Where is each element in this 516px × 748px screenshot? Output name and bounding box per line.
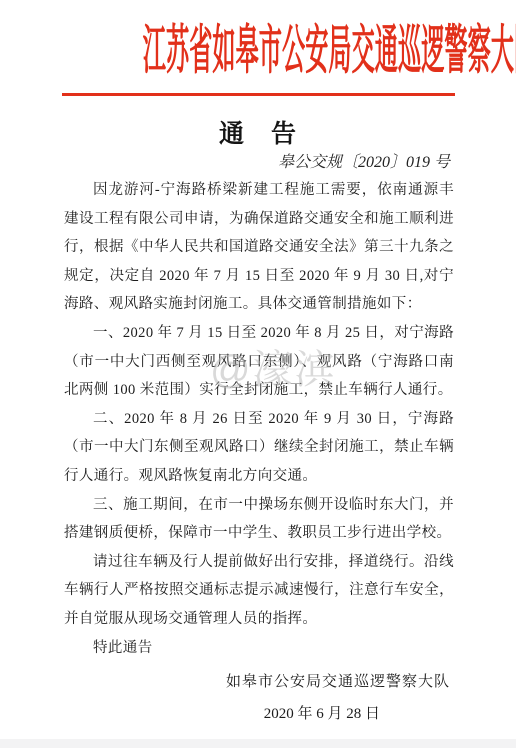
bottom-bar [0, 739, 516, 748]
notice-paragraph-2: 一、2020 年 7 月 15 日至 2020 年 8 月 25 日，对宁海路（… [64, 319, 454, 405]
notice-closing: 特此通告 [64, 634, 454, 663]
header-banner: 江苏省如皋市公安局交通巡逻警察大队 [0, 0, 516, 71]
notice-paragraph-1: 因龙游河-宁海路桥梁新建工程施工需要，依南通源丰建设工程有限公司申请，为确保道路… [64, 176, 454, 319]
issue-date: 2020 年 6 月 28 日 [0, 704, 516, 724]
document-number: 皋公交规〔2020〕019 号 [0, 152, 516, 174]
notice-paragraph-3: 二、2020 年 8 月 26 日至 2020 年 9 月 30 日，宁海路（市… [64, 405, 454, 491]
notice-document: 江苏省如皋市公安局交通巡逻警察大队 通 告 皋公交规〔2020〕019 号 因龙… [0, 0, 516, 748]
notice-title: 通 告 [0, 120, 516, 150]
issuing-agency: 如皋市公安局交通巡逻警察大队 [0, 672, 516, 692]
agency-banner-title: 江苏省如皋市公安局交通巡逻警察大队 [143, 25, 516, 78]
notice-body: 因龙游河-宁海路桥梁新建工程施工需要，依南通源丰建设工程有限公司申请，为确保道路… [64, 176, 454, 662]
notice-paragraph-4: 三、施工期间，在市一中操场东侧开设临时东大门，并搭建钢质便桥，保障市一中学生、教… [64, 491, 454, 548]
header-divider-line [62, 93, 455, 96]
notice-paragraph-5: 请过往车辆及行人提前做好出行安排，择道绕行。沿线车辆行人严格按照交通标志提示减速… [64, 548, 454, 634]
